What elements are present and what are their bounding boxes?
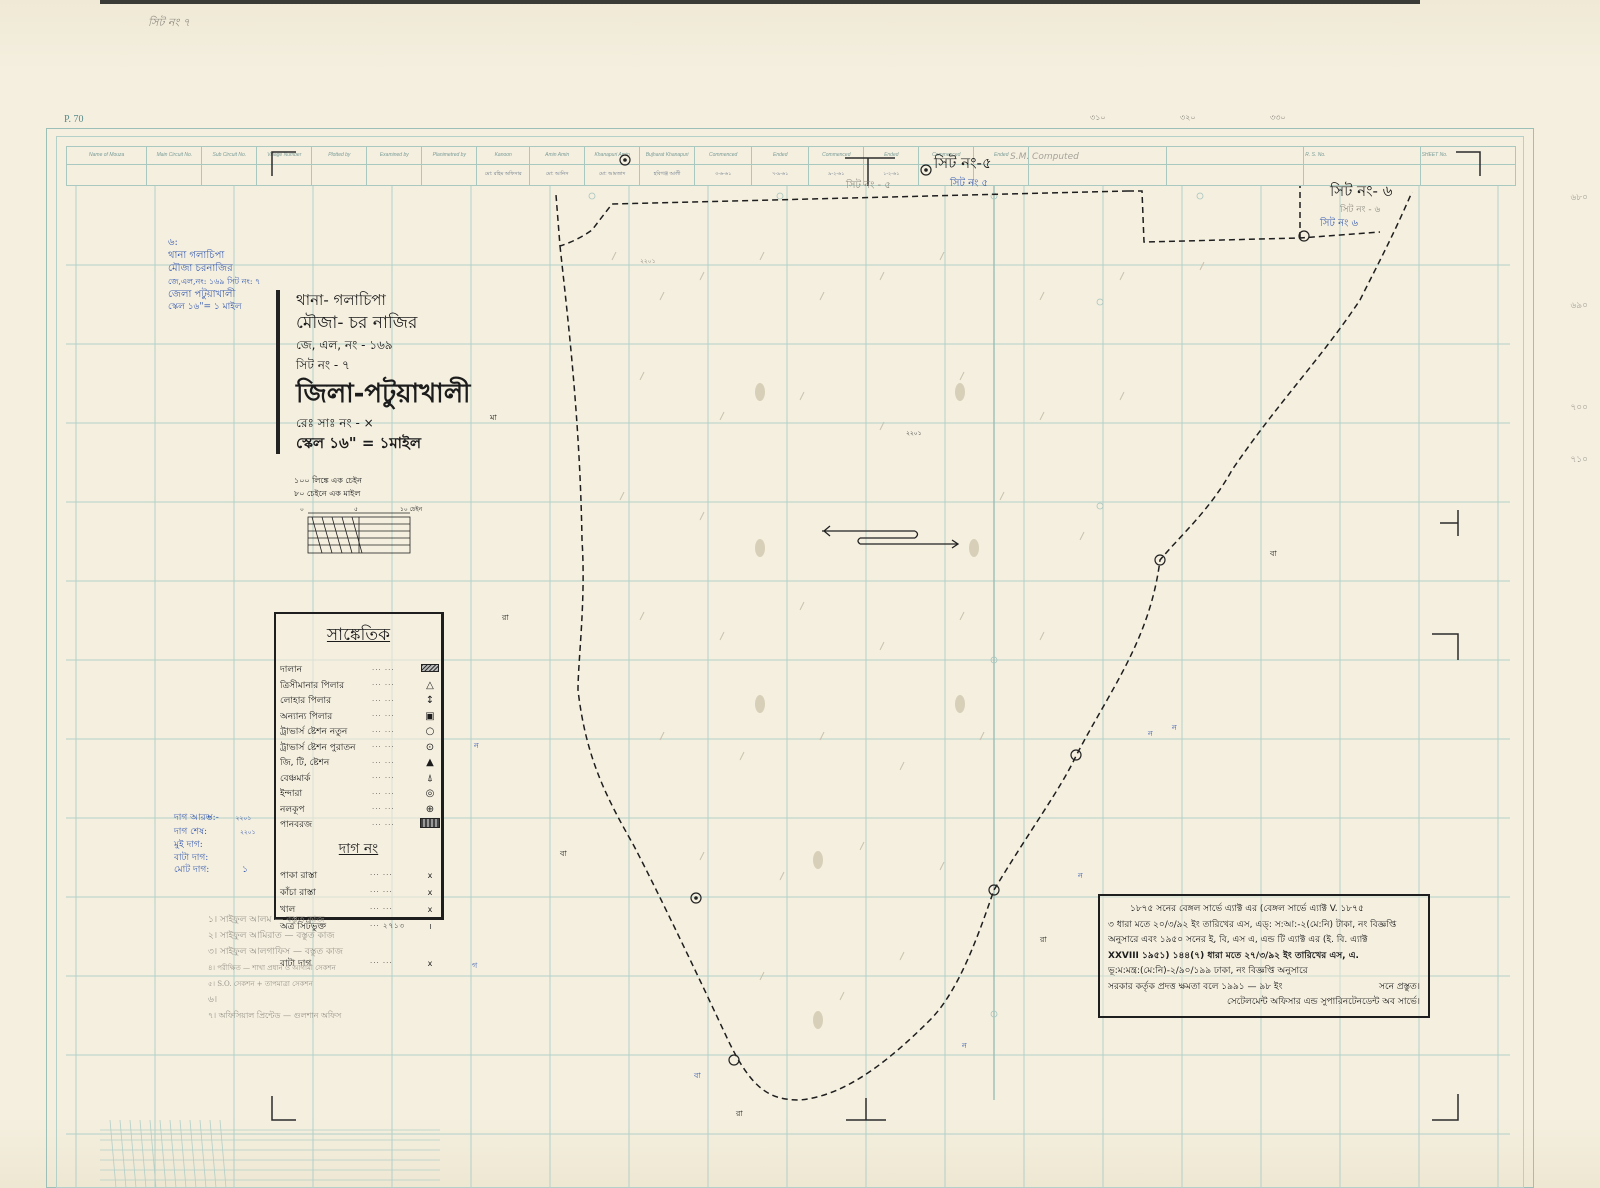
sheet-5-label: সিট নং-৫ (934, 152, 992, 177)
building-icon (420, 664, 440, 675)
plot-legend-symbol: x (420, 905, 440, 914)
legend-row: দালান ··· ··· (276, 662, 441, 678)
legend-symbols: দালান ··· ··· ত্রিসীমানার পিলার ··· ··· … (276, 662, 441, 833)
certificate-line: XXVIII ১৯৫১) ১৪৪(৭) ধারা মতে ২৭/৩/৯২ ইং … (1108, 949, 1420, 965)
legend-title: সাঙ্কেতিক (276, 622, 441, 650)
legend-row: ট্রাভার্স ষ্টেশন পুরাতন ··· ··· ⊙ (276, 740, 441, 756)
plot-legend-symbol: । (420, 921, 440, 932)
margin-number: ৭১০ (1570, 452, 1588, 467)
legend-box: সাঙ্কেতিক দালান ··· ··· ত্রিসীমানার পিলা… (274, 612, 444, 920)
blue-mark: ন (1078, 870, 1083, 883)
legend-dots: ··· ··· (372, 790, 420, 798)
legend-label: লোহার পিলার (280, 693, 372, 708)
staff-note-line: ৪। পরীক্ষিত — শাখা প্রধান ও আগামী সেকশন (208, 960, 343, 976)
legend-dots: ··· ··· (372, 712, 420, 720)
filled-triangle-icon: ▲ (420, 757, 440, 768)
plot-legend-label: পাকা রাস্তা (280, 868, 370, 883)
certificate-line: ১৮৭৫ সনের বেঙ্গল সার্ভে এ্যাক্ট এর (বেঙ্… (1108, 902, 1420, 918)
legend-label: অন্যান্য পিলার (280, 709, 372, 724)
plot-count-row: দাগ আরম্ভ:- ২২০১ (174, 812, 256, 826)
legend-row: নলকূপ ··· ··· ⊕ (276, 802, 441, 818)
scale-note: ১০০ লিঙ্কে এক চেইন ৮০ চেইনে এক মাইল (294, 474, 362, 500)
re-sa-number: রেঃ সাঃ নং - × (296, 413, 476, 433)
plot-legend-line: ··· ··· (370, 905, 420, 913)
legend-row: পানবরজ ··· ··· (276, 817, 441, 833)
blue-mark: ন (1172, 722, 1177, 735)
legend-label: পানবরজ (280, 817, 372, 832)
plot-count-label: দাগ শেষ: (174, 827, 207, 837)
note-line: স্কেল ১৬"= ১ মাইল (168, 301, 260, 314)
certificate-line: ভূ:ম:মন্ত্র:(মে:নি)-২/৯০/১৯৯ ঢাকা, নং বি… (1108, 964, 1420, 980)
circle-dot-icon: ⊙ (420, 742, 440, 753)
plot-legend-symbol: x (420, 888, 440, 897)
computed-note: S.M. Computed (1010, 152, 1079, 162)
legend-dots: ··· ··· (372, 697, 420, 705)
legend-label: ত্রিসীমানার পিলার (280, 678, 372, 693)
legend-label: নলকূপ (280, 802, 372, 817)
margin-note-top-left: ৬: থানা গলাচিপা মৌজা চরনাজির জে,এল,নং: ১… (168, 236, 260, 314)
staff-note-line: ৫। S.O. সেকশন + তাপমাত্রা সেকশন (208, 976, 343, 992)
scale-tick-label: ১০ চেইন (400, 504, 422, 515)
certificate-line: ৩ ধারা মতে ২০/৩/৯২ ইং তারিখের এস, এড্‌: … (1108, 918, 1420, 934)
note-line: মৌজা চরনাজির (168, 262, 260, 275)
legend-dots: ··· ··· (372, 759, 420, 767)
legend-label: জি, টি, ষ্টেশন (280, 755, 372, 770)
legend-dots: ··· ··· (372, 743, 420, 751)
staff-note-line: ২। সাইফুল আমিরাত — বস্তুত কাজ (208, 928, 343, 944)
legend-row: লোহার পিলার ··· ··· ↕ (276, 693, 441, 709)
legend-row: ইন্দারা ··· ··· ◎ (276, 786, 441, 802)
scale-tick-label: ৫ (354, 504, 358, 515)
legend-label: বেঞ্চমার্ক (280, 771, 372, 786)
plot-count-row: দাগ শেষ: ২২০১ (174, 826, 256, 840)
certificate-box: ১৮৭৫ সনের বেঙ্গল সার্ভে এ্যাক্ট এর (বেঙ্… (1098, 894, 1430, 1018)
note-line: জেলা পটুয়াখালী (168, 288, 260, 301)
legend-label: ইন্দারা (280, 786, 372, 801)
legend-label: ট্রাভার্স ষ্টেশন পুরাতন (280, 740, 372, 755)
iron-pillar-icon: ↕ (420, 695, 440, 706)
plot-count-value: ২২০১ (236, 815, 252, 822)
ink-mark: রা (736, 1108, 743, 1121)
legend-dots: ··· ··· (372, 805, 420, 813)
scale-note-line: ৮০ চেইনে এক মাইল (294, 487, 362, 500)
sheet-number: সিট নং - ৭ (296, 355, 476, 375)
staff-note-line: ৭। অফিসিয়াল প্রিন্টেড — গুলশান অফিস (208, 1008, 343, 1024)
certificate-prepared: সনে প্রস্তুত। (1379, 980, 1420, 996)
plot-count-label: মোট দাগ: (174, 865, 209, 875)
plot-legend-symbol: x (420, 959, 440, 968)
scale-bar-labels: ০ ৫ ১০ চেইন (294, 504, 424, 550)
ink-mark: মা (490, 412, 497, 425)
benchmark-icon: ⍋ (420, 773, 440, 784)
plot-count-row: বাটা দাগ: (174, 852, 256, 865)
certificate-authority: সরকার কর্তৃক প্রদত্ত ক্ষমতা বলে ১৯৯১ — ৯… (1108, 982, 1282, 992)
field-marks (612, 252, 1204, 1000)
plot-legend-line: ··· ··· (370, 888, 420, 896)
ink-mark: রা (1040, 934, 1047, 947)
district-label: জিলা-পটুয়াখালী (296, 375, 476, 413)
plot-count-label: মুই দাগ: (174, 840, 203, 850)
square-pillar-icon: ▣ (420, 711, 440, 722)
certificate-line: সরকার কর্তৃক প্রদত্ত ক্ষমতা বলে ১৯৯১ — ৯… (1108, 980, 1420, 996)
thana-label: থানা- গলাচিপা (296, 290, 476, 311)
legend-dots: ··· ··· (372, 681, 420, 689)
title-block: থানা- গলাচিপা মৌজা- চর নাজির জে, এল, নং … (276, 290, 476, 454)
legend-dots: ··· ··· (372, 774, 420, 782)
legend-row: ট্রাভার্স ষ্টেশন নতুন ··· ··· ○ (276, 724, 441, 740)
tubewell-icon: ⊕ (420, 804, 440, 815)
top-margin-number: ৩১০ (1090, 112, 1106, 125)
scale-tick-label: ০ (300, 504, 304, 515)
blue-mark: গ (472, 960, 477, 973)
plot-legend-line: ··· ২৭১৩ (370, 920, 420, 932)
plot-count-row: মোট দাগ: ১ (174, 864, 256, 877)
plot-count-row: মুই দাগ: (174, 839, 256, 852)
legend-dots: ··· ··· (372, 728, 420, 736)
ink-mark: রা (502, 612, 509, 625)
plot-legend-row: পাকা রাস্তা ··· ··· x (276, 867, 441, 884)
sheet-5-blue-note: সিট নং ৫ (950, 176, 988, 193)
jl-number: জে, এল, নং - ১৬৯ (296, 335, 476, 355)
legend-row: অন্যান্য পিলার ··· ··· ▣ (276, 709, 441, 725)
scale-note-line: ১০০ লিঙ্কে এক চেইন (294, 474, 362, 487)
staff-note-line: ৬। (208, 992, 343, 1008)
margin-number: ৬৯০ (1570, 298, 1588, 313)
staff-note-line: ১। সাইফুল আলম — বস্তুত কাজ (208, 912, 343, 928)
blue-mark: ন (962, 1040, 967, 1053)
circle-icon: ○ (420, 726, 440, 737)
plot-legend-title: দাগ নং (276, 837, 441, 861)
map-sheet: সিট নং ৭ P. 70 Name of Mouza Main Circui… (0, 0, 1600, 1188)
plot-legend-row: কাঁচা রাস্তা ··· ··· x (276, 884, 441, 901)
plot-count-value: ২২০১ (240, 829, 256, 836)
mouza-label: মৌজা- চর নাজির (296, 311, 476, 335)
blue-mark: বা (694, 1070, 701, 1083)
plot-legend-line: ··· ··· (370, 959, 420, 967)
sheet-5-pencil-note: সিট নং - ৫ (846, 178, 891, 195)
legend-label: ট্রাভার্স ষ্টেশন নতুন (280, 724, 372, 739)
ink-mark: বা (1270, 548, 1277, 561)
plot-legend-line: ··· ··· (370, 871, 420, 879)
betel-garden-icon (420, 818, 440, 831)
top-margin-number: ৩২০ (1180, 112, 1196, 125)
sheet-6-blue-note: সিট নং ৬ (1320, 216, 1358, 233)
blue-mark: ন (474, 740, 479, 753)
legend-dots: ··· ··· (372, 821, 420, 829)
direction-arrow-icon (822, 526, 958, 548)
ink-mark: বা (560, 848, 567, 861)
sheet-6-pencil-note: সিট নং - ৬ (1340, 202, 1380, 217)
plot-number: ২২০১ (640, 256, 656, 267)
margin-number: ৭০০ (1570, 400, 1588, 415)
plot-count-notes: দাগ আরম্ভ:- ২২০১ দাগ শেষ: ২২০১ মুই দাগ: … (174, 812, 256, 877)
plot-count-label: বাটা দাগ: (174, 853, 208, 863)
blue-mark: ন (1148, 728, 1153, 741)
note-line: জে,এল,নং: ১৬৯ সিট নং: ৭ (168, 275, 260, 288)
plot-number: ২২০১ (906, 428, 922, 439)
scale-label: স্কেল ১৬" = ১মাইল (296, 433, 476, 454)
legend-label: দালান (280, 662, 372, 677)
diagonal-scale-grid (100, 1120, 460, 1188)
plot-legend-symbol: x (420, 871, 440, 880)
margin-number: ৬৮০ (1570, 190, 1588, 205)
plot-count-label: দাগ আরম্ভ:- (174, 813, 219, 823)
note-line: থানা গলাচিপা (168, 249, 260, 262)
top-margin-number: ৩৩০ (1270, 112, 1286, 125)
note-line: ৬: (168, 236, 260, 249)
legend-row: বেঞ্চমার্ক ··· ··· ⍋ (276, 771, 441, 787)
plot-legend-label: কাঁচা রাস্তা (280, 885, 370, 900)
staff-note-line: ৩। সাইফুল আলগাফিস — বস্তুত কাজ (208, 944, 343, 960)
certificate-signature-line: সেটেলমেন্ট অফিসার এন্ড সুপারিনটেনডেন্ট অ… (1108, 995, 1420, 1011)
legend-dots: ··· ··· (372, 666, 420, 674)
legend-row: জি, টি, ষ্টেশন ··· ··· ▲ (276, 755, 441, 771)
plot-count-value: ১ (242, 865, 248, 875)
legend-row: ত্রিসীমানার পিলার ··· ··· △ (276, 678, 441, 694)
well-icon: ◎ (420, 788, 440, 799)
triangle-icon: △ (420, 680, 440, 691)
certificate-line: অনুসারে এবং ১৯৫০ সনের ই, বি, এস এ, এন্ড … (1108, 933, 1420, 949)
staff-notes: ১। সাইফুল আলম — বস্তুত কাজ ২। সাইফুল আমি… (208, 912, 343, 1024)
